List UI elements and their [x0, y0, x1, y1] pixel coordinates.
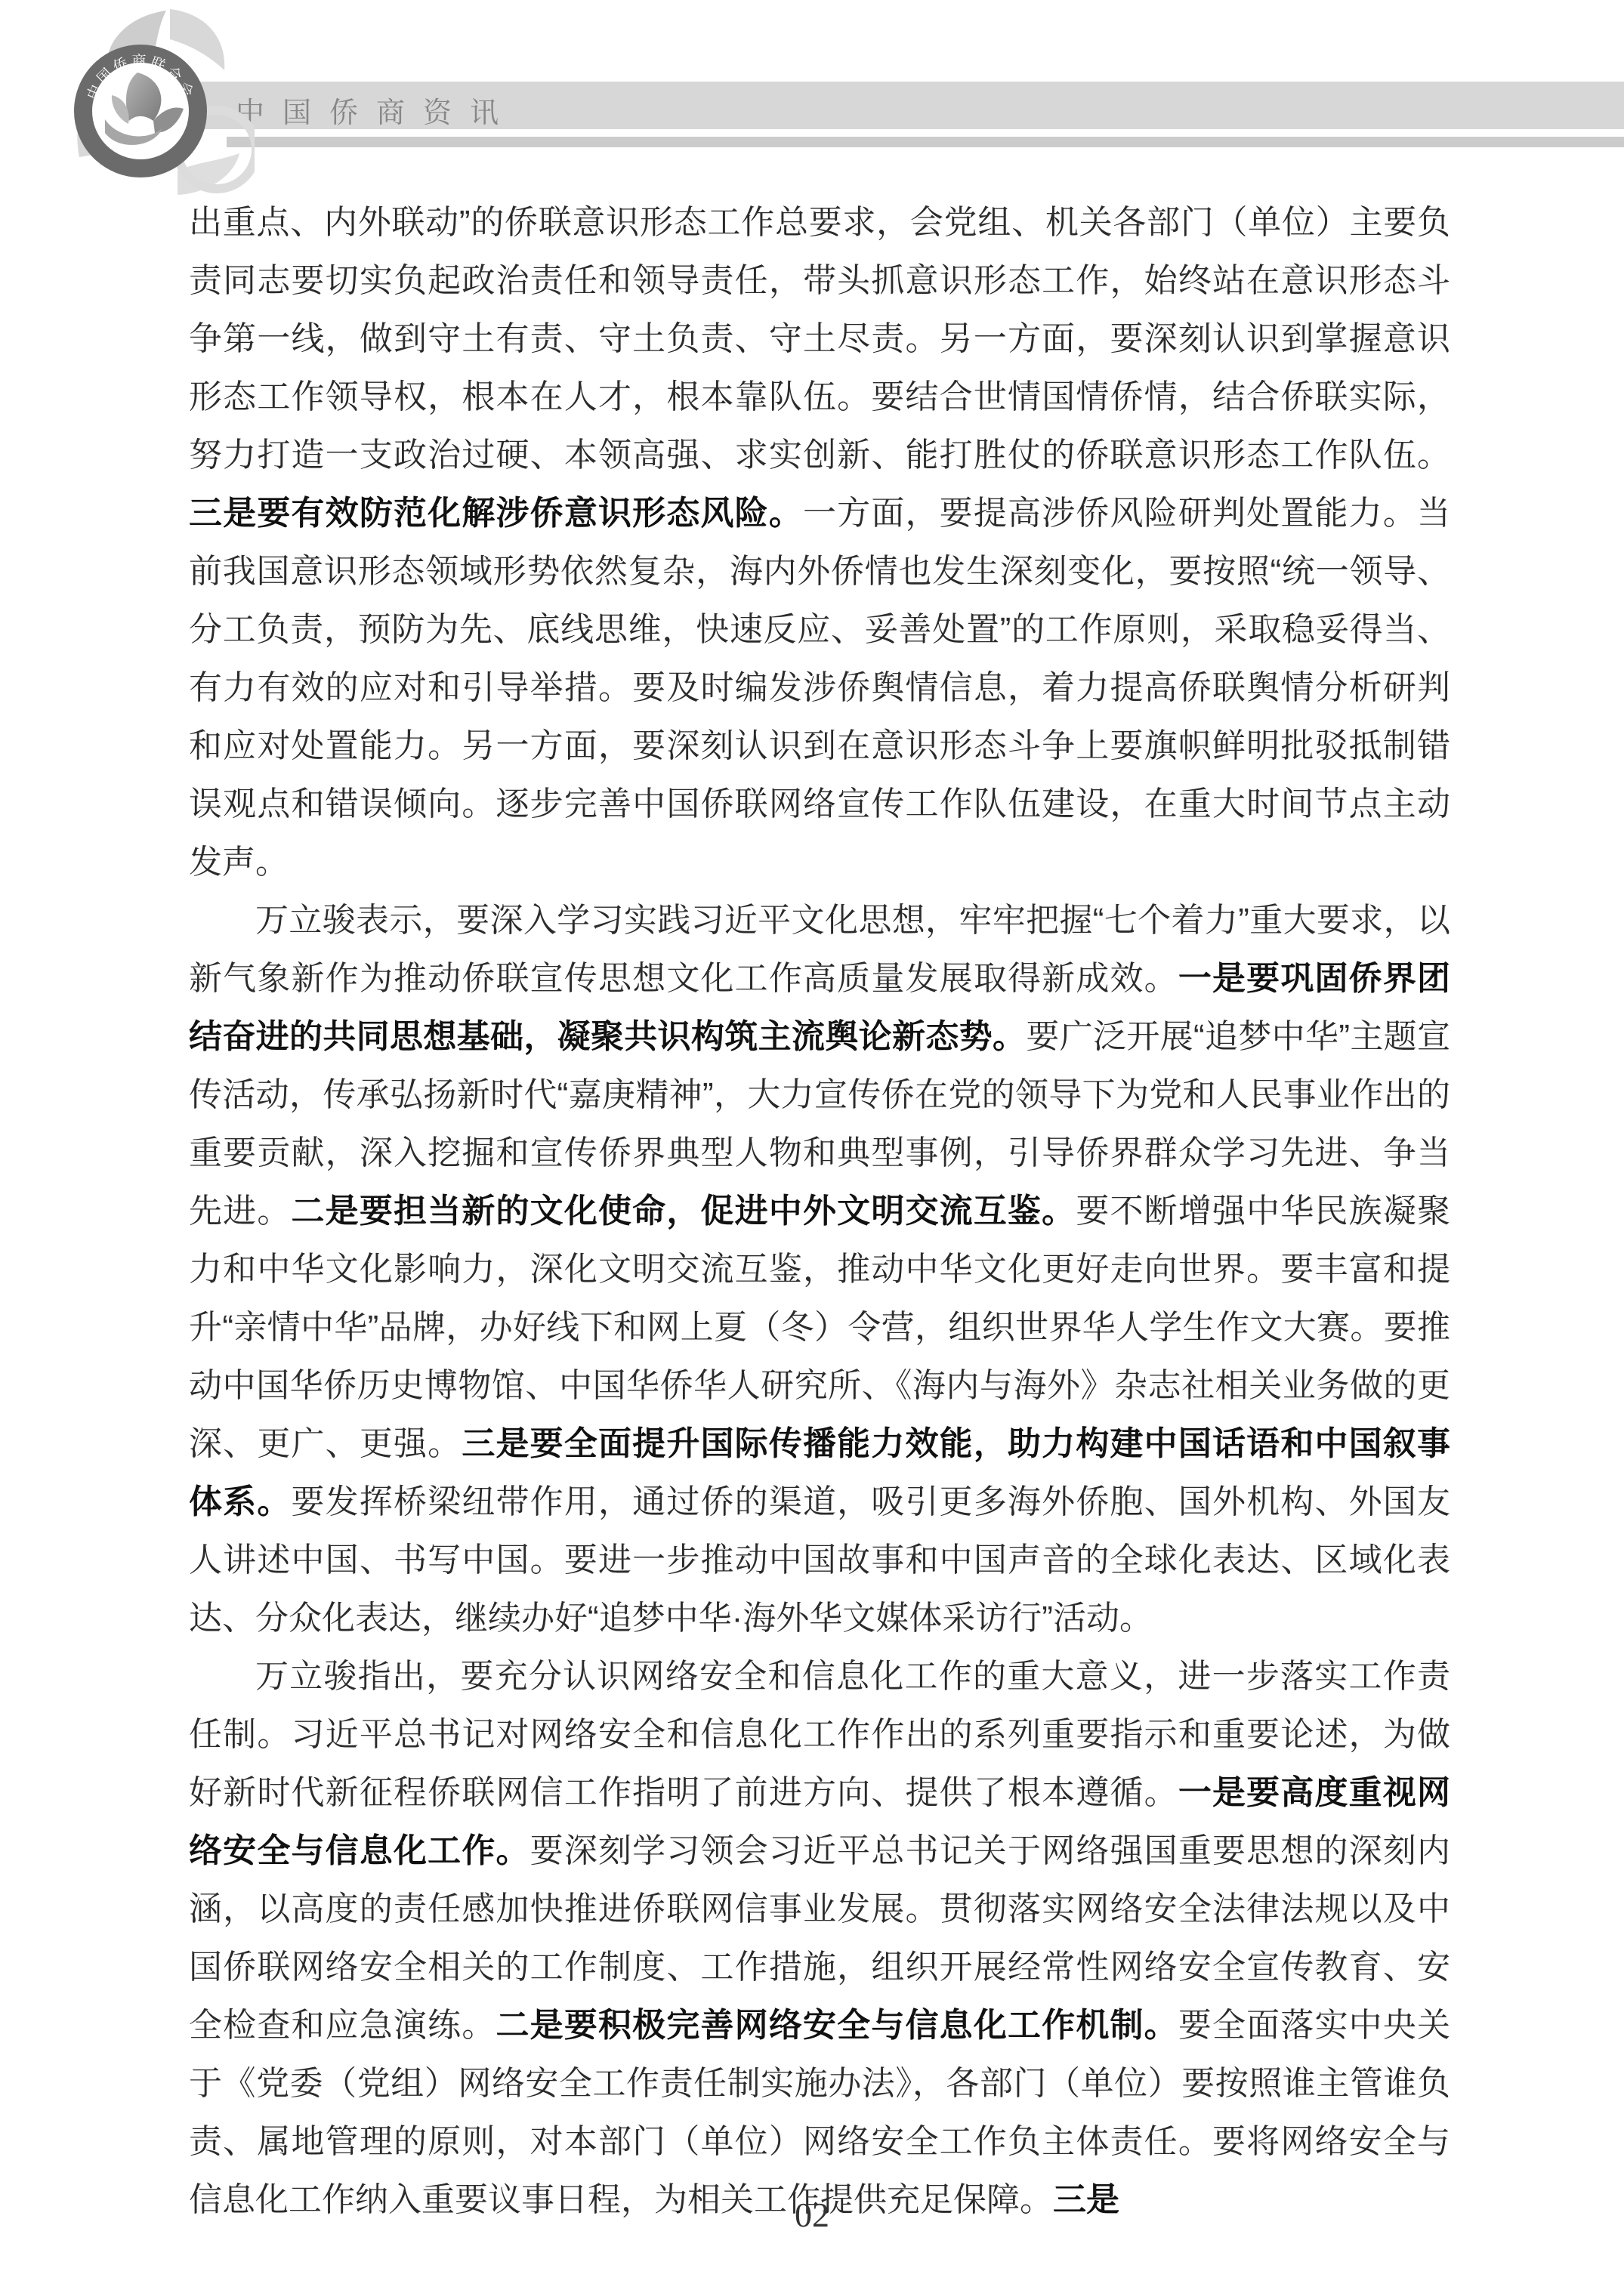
- text-run: 三是要有效防范化解涉侨意识形态风险。: [189, 495, 803, 532]
- masthead-stripe: [227, 137, 1624, 147]
- text-run: 要不断增强中华民族凝聚力和中华文化影响力，深化文明交流互鉴，推动中华文化更好走向…: [189, 1193, 1450, 1462]
- org-logo-badge-icon: 中国侨商联合会 CHINA FEDERATION OF OVERSEAS CHI…: [64, 6, 255, 196]
- paragraph: 万立骏表示，要深入学习实践习近平文化思想，牢牢把握“七个着力”重大要求，以新气象…: [189, 891, 1450, 1647]
- article-body: 出重点、内外联动”的侨联意识形态工作总要求，会党组、机关各部门（单位）主要负责同…: [189, 193, 1450, 2229]
- text-run: 一方面，要提高涉侨风险研判处置能力。当前我国意识形态领域形势依然复杂，海内外侨情…: [189, 495, 1450, 881]
- text-run: 二是要积极完善网络安全与信息化工作机制。: [496, 2007, 1178, 2044]
- text-run: 二是要担当新的文化使命，促进中外文明交流互鉴。: [292, 1193, 1076, 1230]
- text-run: 出重点、内外联动”的侨联意识形态工作总要求，会党组、机关各部门（单位）主要负责同…: [189, 204, 1450, 474]
- paragraph: 万立骏指出，要充分认识网络安全和信息化工作的重大意义，进一步落实工作责任制。习近…: [189, 1647, 1450, 2229]
- page-number: 02: [0, 2195, 1624, 2235]
- org-logo: 中国侨商联合会 CHINA FEDERATION OF OVERSEAS CHI…: [64, 6, 255, 196]
- paragraph: 出重点、内外联动”的侨联意识形态工作总要求，会党组、机关各部门（单位）主要负责同…: [189, 193, 1450, 891]
- text-run: 要发挥桥梁纽带作用，通过侨的渠道，吸引更多海外侨胞、国外机构、外国友人讲述中国、…: [189, 1483, 1450, 1637]
- masthead-title: 中国侨商资讯: [236, 89, 517, 131]
